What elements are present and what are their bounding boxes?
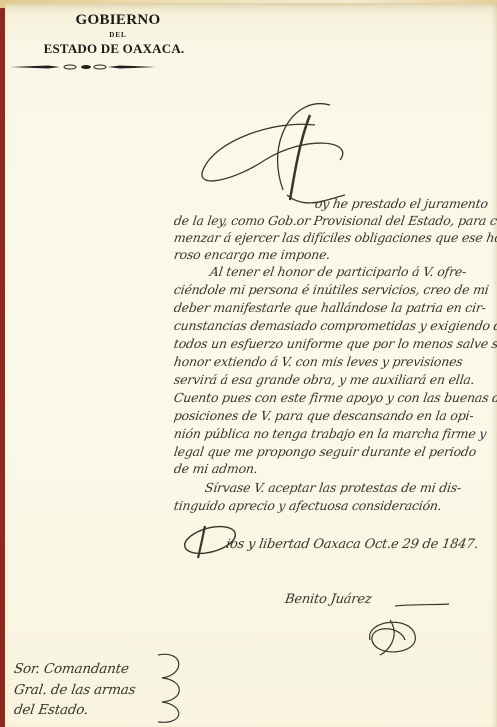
body-line: menzar á ejercer las difíciles obligacio… bbox=[173, 230, 497, 245]
body-line: deber manifestarle que hallándose la pat… bbox=[173, 300, 487, 315]
body-line: nión pública no tenga trabajo en la marc… bbox=[173, 426, 487, 441]
letterhead-line-1: GOBIERNO bbox=[38, 12, 198, 29]
signature-rubric-icon bbox=[360, 610, 430, 660]
body-line: servirá á esa grande obra, y me auxiliar… bbox=[173, 372, 476, 387]
addressee-line-2: Gral. de las armas bbox=[13, 682, 137, 698]
addressee-line-3: del Estado. bbox=[13, 702, 89, 718]
body-line: cunstancias demasiado comprometidas y ex… bbox=[173, 318, 497, 333]
body-line: Cuento pues con este firme apoyo y con l… bbox=[173, 390, 497, 405]
body-line: Sírvase V. aceptar las protestas de mi d… bbox=[204, 480, 462, 495]
body-line: ciéndole mi persona é inútiles servicios… bbox=[173, 282, 490, 297]
body-line: de mi admon. bbox=[173, 461, 259, 476]
body-line: tinguido aprecio y afectuosa consideraci… bbox=[173, 498, 443, 513]
letterhead-line-2: DEL bbox=[38, 31, 198, 39]
closing-date-line: ios y libertad Oaxaca Oct.e 29 de 1847. bbox=[225, 537, 479, 552]
signature-underline-icon bbox=[395, 600, 450, 610]
ornamental-rule-icon bbox=[8, 64, 158, 70]
body-line: oy he prestado el juramento bbox=[314, 196, 489, 211]
body-line: honor extiendo á V. con mis leves y prev… bbox=[173, 354, 464, 369]
signature: Benito Juárez bbox=[284, 592, 373, 607]
body-line: posiciones de V. para que descansando en… bbox=[173, 408, 475, 423]
letterhead: GOBIERNO DEL ESTADO DE OAXACA. bbox=[8, 12, 198, 57]
addressee-line-1: Sor. Comandante bbox=[13, 661, 130, 677]
body-line: legal que me propongo seguir durante el … bbox=[173, 444, 477, 459]
body-line: todos un esfuerzo uniforme que por lo me… bbox=[173, 336, 497, 351]
letterhead-line-3: ESTADO DE OAXACA. bbox=[30, 41, 198, 57]
decorative-initial-h-icon bbox=[195, 100, 365, 210]
body-line: roso encargo me impone. bbox=[173, 247, 331, 262]
body-line: Al tener el honor de participarlo á V. o… bbox=[209, 264, 467, 279]
body-line: de la ley, como Gob.or Provisional del E… bbox=[173, 213, 497, 228]
curly-brace-icon bbox=[150, 650, 190, 725]
